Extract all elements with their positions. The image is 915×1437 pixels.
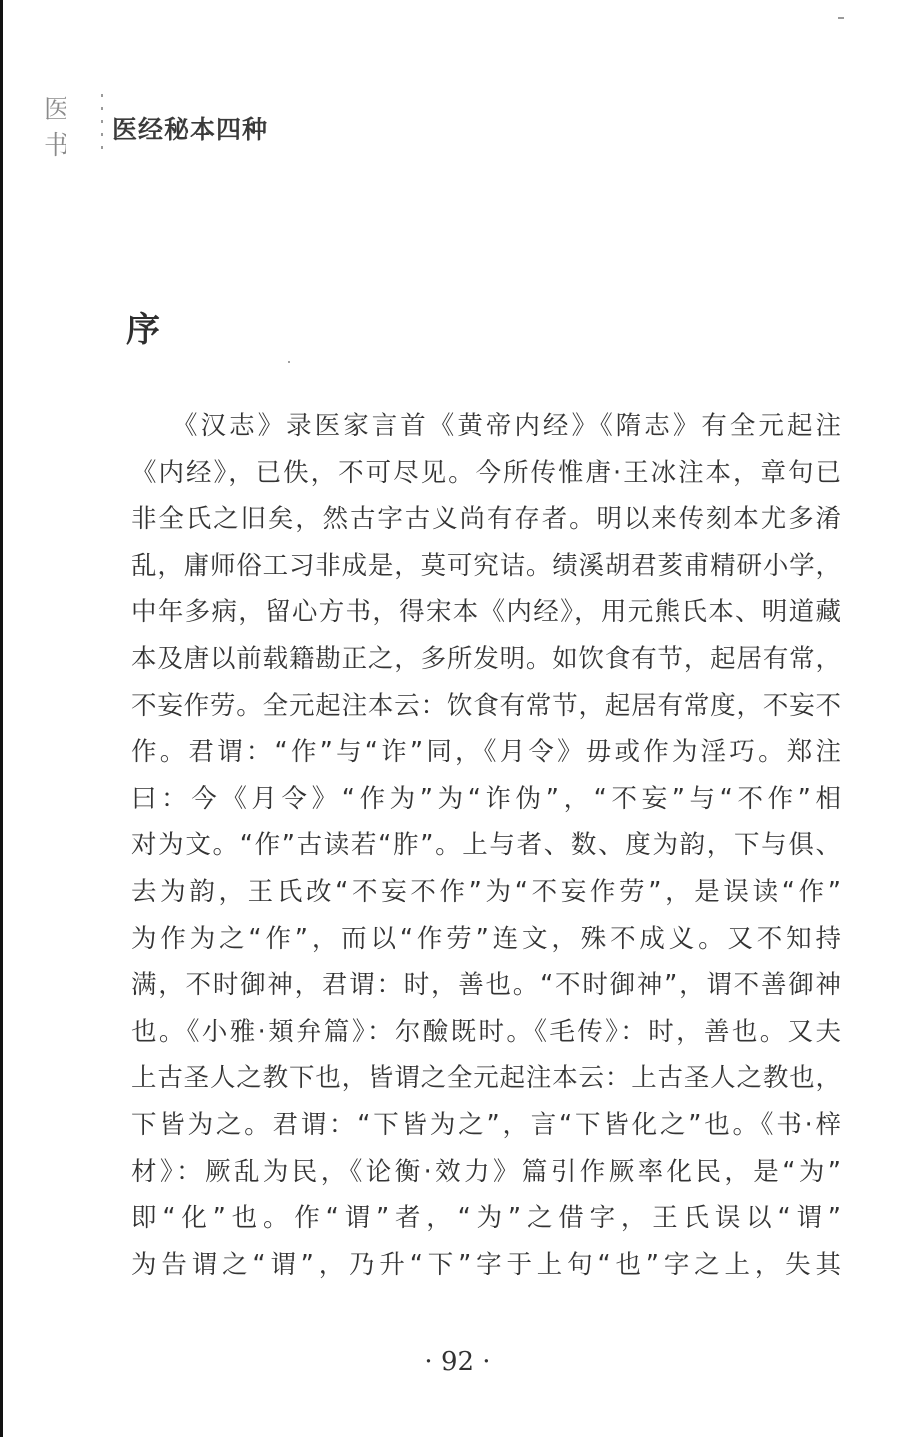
text-line: 也。《小雅·頍弁篇》：尔醶既时。《毛传》：时，善也。又夫: [131, 1009, 841, 1056]
header-separator: [101, 94, 103, 156]
scan-mark: [838, 17, 844, 19]
text-line: 下皆为之。君谓：“下皆为之”，言“下皆化之”也。《书·梓: [131, 1102, 841, 1149]
text-line: 为告谓之“谓”，乃升“下”字于上句“也”字之上，失其: [131, 1242, 841, 1289]
text-line: 对为文。“作”古读若“胙”。上与者、数、度为韵，下与俱、: [131, 822, 841, 869]
text-line: 乱，庸师俗工习非成是，莫可究诘。绩溪胡君荄甫精研小学，: [131, 543, 841, 590]
series-char: 医: [44, 92, 70, 128]
text-line: 中年多病，留心方书，得宋本《内经》，用元熊氏本、明道藏: [131, 589, 841, 636]
text-line: 《内经》，已佚，不可尽见。今所传惟唐·王冰注本，章句已: [131, 450, 841, 497]
text-line: 《汉志》录医家言首《黄帝内经》《隋志》有全元起注: [131, 403, 841, 450]
page-number: · 92 ·: [0, 1347, 915, 1377]
text-line: 不妄作劳。全元起注本云：饮食有常节，起居有常度，不妄不: [131, 683, 841, 730]
text-line: 上古圣人之教下也，皆谓之全元起注本云：上古圣人之教也，: [131, 1055, 841, 1102]
series-name: 医 书: [42, 92, 72, 164]
section-title: 序: [126, 302, 160, 351]
text-line: 作。君谓：“作”与“诈”同，《月令》毋或作为淫巧。郑注: [131, 729, 841, 776]
preface-body: 《汉志》录医家言首《黄帝内经》《隋志》有全元起注 《内经》，已佚，不可尽见。今所…: [131, 403, 841, 1288]
text-line: 即“化”也。作“谓”者，“为”之借字，王氏误以“谓”: [131, 1195, 841, 1242]
text-line: 曰：今《月令》“作为”为“诈伪”，“不妄”与“不作”相: [131, 776, 841, 823]
page-left-edge: [0, 0, 3, 1437]
text-line: 满，不时御神，君谓：时，善也。“不时御神”，谓不善御神: [131, 962, 841, 1009]
book-title: 医经秘本四种: [112, 110, 268, 146]
text-line: 非全氏之旧矣，然古字古义尚有存者。明以来传刻本尤多淆: [131, 496, 841, 543]
scan-speck: [288, 361, 290, 363]
text-line: 本及唐以前载籍勘正之，多所发明。如饮食有节，起居有常，: [131, 636, 841, 683]
series-char: 书: [44, 128, 70, 164]
text-line: 材》：厥乱为民，《论衡·效力》篇引作厥率化民，是“为”: [131, 1149, 841, 1196]
text-line: 为作为之“作”，而以“作劳”连文，殊不成义。又不知持: [131, 916, 841, 963]
text-line: 去为韵，王氏改“不妄不作”为“不妄作劳”，是误读“作”: [131, 869, 841, 916]
